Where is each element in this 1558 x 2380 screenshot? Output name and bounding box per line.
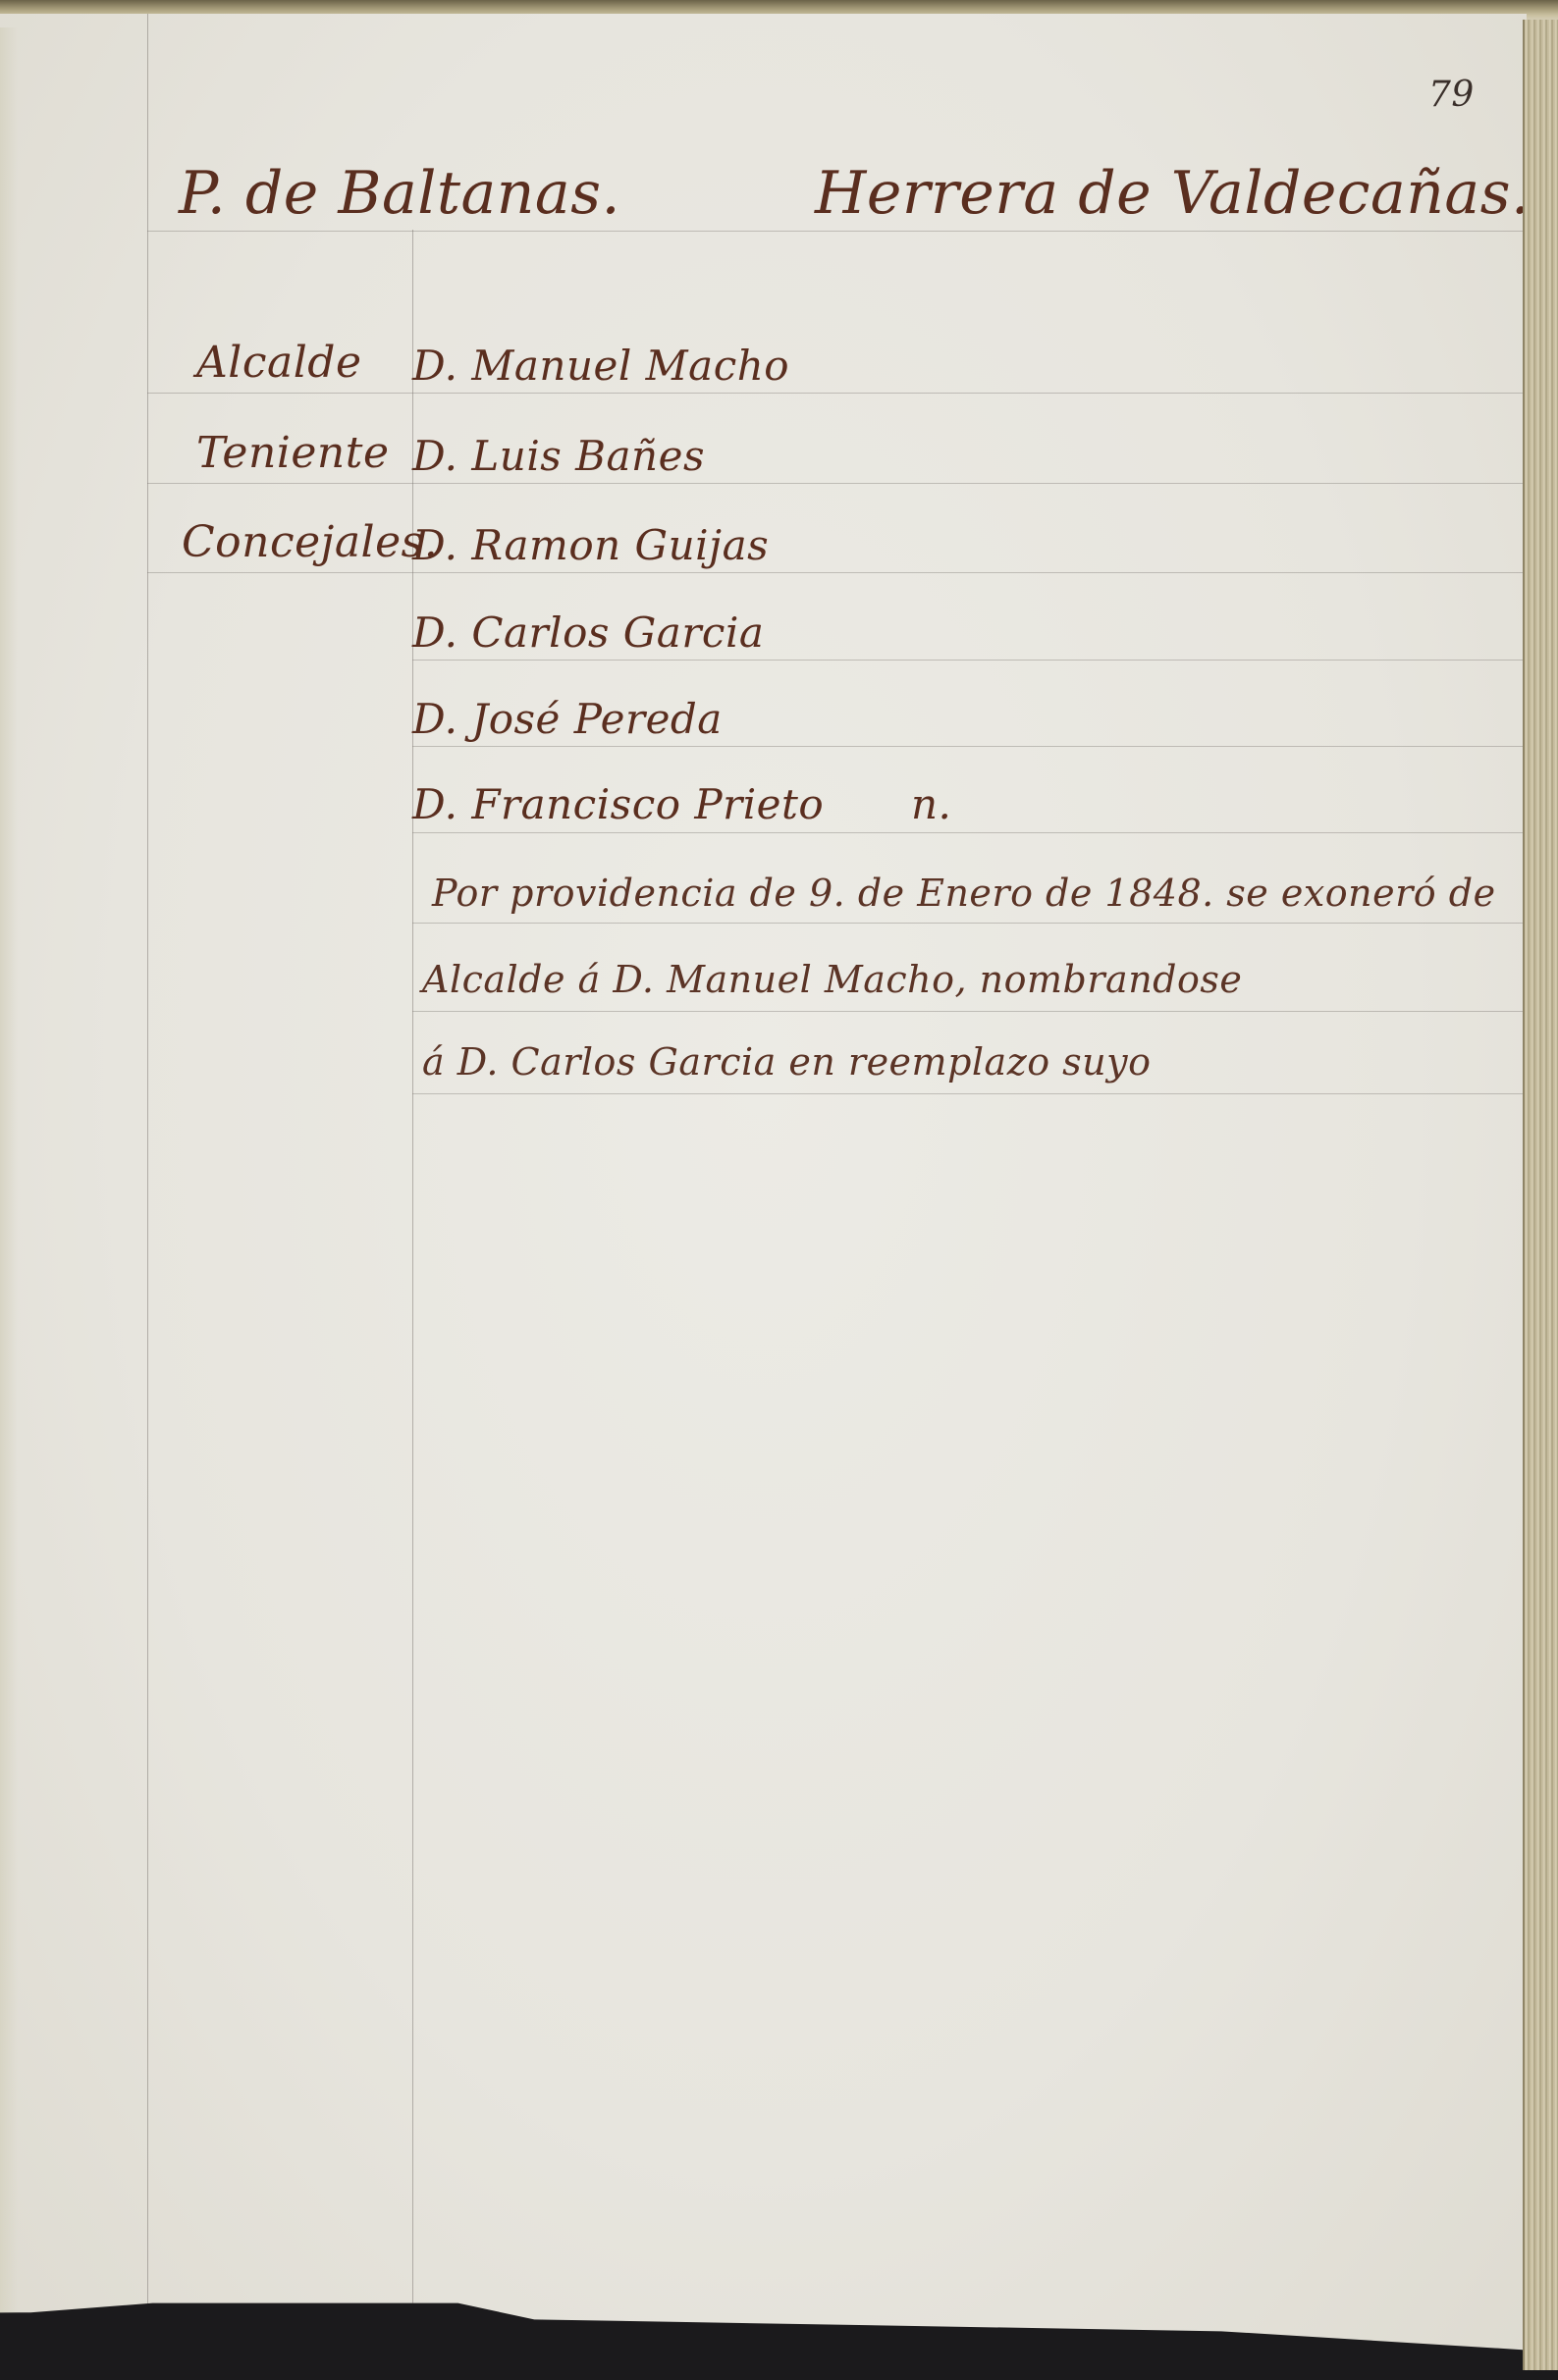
note-line: Alcalde á D. Manuel Macho, nombrandose [422, 958, 1242, 1001]
book-fore-edge [1523, 20, 1558, 2370]
note-line: á D. Carlos Garcia en reemplazo suyo [422, 1040, 1152, 1084]
manuscript-page: 79 P. de Baltanas. Herrera de Valdecañas… [0, 14, 1527, 2359]
ruled-line [147, 231, 1527, 232]
marginal-mark: n. [911, 780, 951, 828]
municipality-heading: Herrera de Valdecañas. [815, 159, 1531, 228]
ruled-line [147, 572, 1527, 573]
ruled-line [147, 483, 1527, 484]
left-margin-rule [147, 14, 148, 2315]
official-name: D. José Pereda [412, 695, 723, 743]
official-name: D. Manuel Macho [412, 342, 789, 390]
folio-number: 79 [1428, 75, 1475, 115]
role-label-concejales: Concejales. [182, 517, 438, 567]
ruled-line [412, 1093, 1527, 1094]
official-name: D. Francisco Prieto [412, 780, 824, 828]
ruled-line [412, 1011, 1527, 1012]
gutter-shadow [0, 27, 18, 2334]
ruled-line [412, 660, 1527, 661]
role-label-alcalde: Alcalde [196, 338, 362, 388]
role-label-teniente: Teniente [196, 428, 389, 478]
district-heading: P. de Baltanas. [179, 159, 620, 228]
ruled-line [147, 393, 1527, 394]
ruled-line [412, 832, 1527, 833]
official-name: D. Ramon Guijas [412, 521, 769, 569]
official-name: D. Luis Bañes [412, 432, 705, 480]
ruled-line [412, 923, 1527, 924]
ruled-line [412, 746, 1527, 747]
note-line: Por providencia de 9. de Enero de 1848. … [432, 872, 1496, 915]
official-name: D. Carlos Garcia [412, 608, 764, 657]
